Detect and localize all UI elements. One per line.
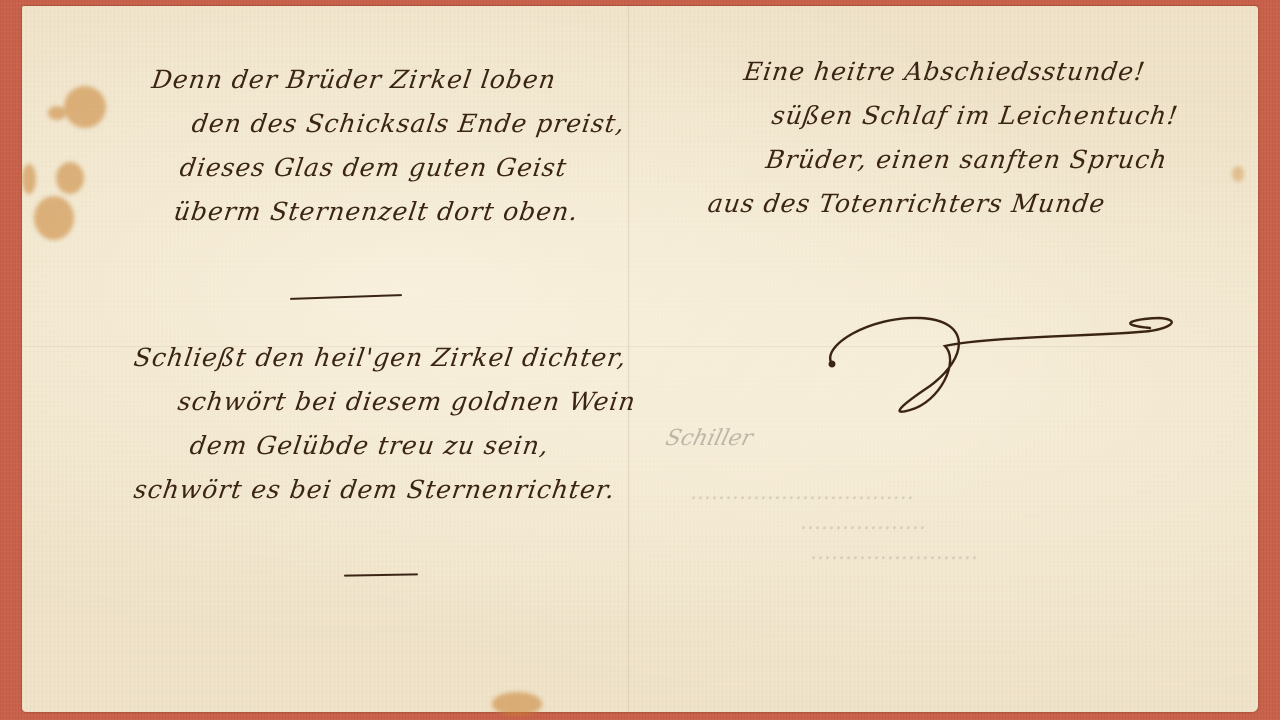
verse-line: den des Schicksals Ende preist, (189, 102, 628, 146)
verse-line: schwört es bei dem Sternenrichter. (131, 468, 639, 512)
closing-flourish (810, 306, 1190, 426)
manuscript-sheet: Denn der Brüder Zirkel loben den des Sch… (22, 6, 1258, 712)
faint-pencil-line: ................................ (690, 480, 914, 505)
verse-line: Denn der Brüder Zirkel loben (149, 58, 628, 102)
right-stanza-1: Eine heitre Abschiedsstunde! süßen Schla… (736, 50, 1178, 226)
verse-line: Schließt den heil'gen Zirkel dichter, (131, 336, 639, 380)
left-stanza-1: Denn der Brüder Zirkel loben den des Sch… (152, 58, 625, 234)
left-stanza-2: Schließt den heil'gen Zirkel dichter, sc… (134, 336, 636, 512)
verse-line: überm Sternenzelt dort oben. (171, 190, 628, 234)
left-page: Denn der Brüder Zirkel loben den des Sch… (22, 6, 628, 712)
verse-line: süßen Schlaf im Leichentuch! (769, 94, 1181, 138)
verse-line: Eine heitre Abschiedsstunde! (741, 50, 1181, 94)
end-stroke (344, 573, 418, 576)
verse-line: dieses Glas dem guten Geist (177, 146, 628, 190)
faint-pencil-line: ........................ (810, 540, 978, 565)
verse-line: schwört bei diesem goldnen Wein (175, 380, 639, 424)
right-page: Eine heitre Abschiedsstunde! süßen Schla… (630, 6, 1258, 712)
verse-line: Brüder, einen sanften Spruch (763, 138, 1181, 182)
verse-line: aus des Totenrichters Munde (705, 182, 1181, 226)
divider-stroke (290, 294, 402, 300)
pencil-attribution: Schiller (663, 426, 755, 451)
verse-line: dem Gelübde treu zu sein, (187, 424, 639, 468)
faint-pencil-line: .................. (800, 510, 926, 535)
